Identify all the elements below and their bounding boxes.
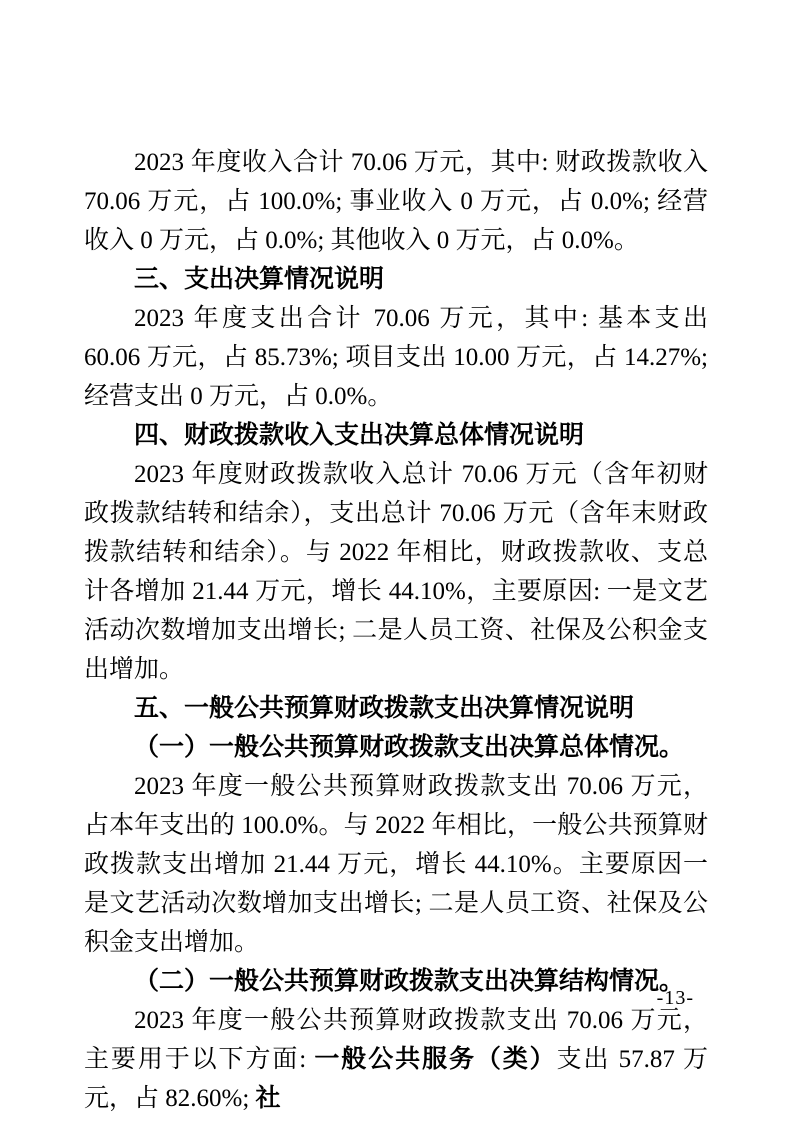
paragraph-revenue-summary: 2023 年度收入合计 70.06 万元，其中: 财政拨款收入 70.06 万元… — [84, 143, 708, 260]
page-number: -13- — [657, 987, 694, 1010]
paragraph-general-budget-overview: 2023 年度一般公共预算财政拨款支出 70.06 万元，占本年支出的 100.… — [84, 767, 708, 962]
heading-section-five-general-budget: 五、一般公共预算财政拨款支出决算情况说明 — [84, 689, 708, 728]
paragraph-expenditure-structure: 2023 年度一般公共预算财政拨款支出 70.06 万元，主要用于以下方面: 一… — [84, 1001, 708, 1118]
heading-section-four-fiscal-appropriation: 四、财政拨款收入支出决算总体情况说明 — [84, 416, 708, 455]
heading-section-three-expenditure: 三、支出决算情况说明 — [84, 260, 708, 299]
document-page: 2023 年度收入合计 70.06 万元，其中: 财政拨款收入 70.06 万元… — [0, 0, 793, 1122]
text-segment-general-public-service-bold: 一般公共服务（类） — [314, 1046, 556, 1073]
subheading-one-overall-situation: （一）一般公共预算财政拨款支出决算总体情况。 — [84, 728, 708, 767]
text-segment-trailing-bold: 社 — [256, 1085, 281, 1112]
paragraph-fiscal-appropriation-overview: 2023 年度财政拨款收入总计 70.06 万元（含年初财政拨款结转和结余），支… — [84, 455, 708, 689]
paragraph-expenditure-summary: 2023 年度支出合计 70.06 万元，其中: 基本支出 60.06 万元，占… — [84, 299, 708, 416]
page-content: 2023 年度收入合计 70.06 万元，其中: 财政拨款收入 70.06 万元… — [84, 143, 708, 1118]
subheading-two-structure-situation: （二）一般公共预算财政拨款支出决算结构情况。 — [84, 962, 708, 1001]
